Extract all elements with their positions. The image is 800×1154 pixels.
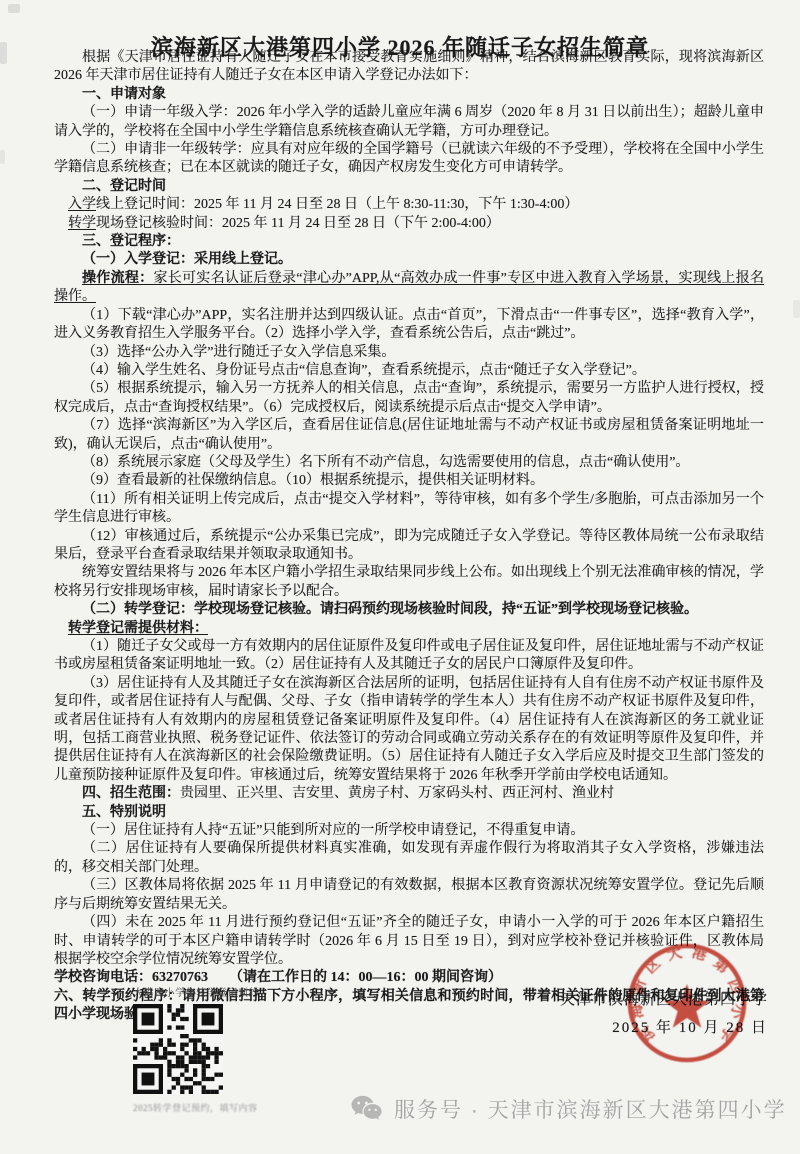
document-paragraph: （一）入学登记：采用线上登记。 (54, 251, 764, 269)
document-paragraph: 转学登记需提供材料： (54, 620, 764, 638)
text-run: （7）选择“滨海新区”为入学区后，查看居住证信息(居住证地址需与不动产权证书或房… (54, 418, 764, 451)
svg-text:小: 小 (727, 1003, 746, 1021)
svg-text:第: 第 (710, 954, 733, 977)
document-body: 根据《天津市居住证持有人随迁子女在本市接受教育实施细则》精神，结合滨海新区教育实… (54, 49, 764, 1025)
text-run: （一）申请一年级入学：2026 年小学入学的适龄儿童应年满 6 周岁（2020 … (54, 105, 764, 138)
text-run: （12）审核通过后，系统提示“公办采集已完成”，即为完成随迁子女入学登记。等待区… (54, 529, 764, 562)
document-paragraph: 入学线上登记时间：2025 年 11 月 24 日至 28 日（上午 8:30-… (54, 196, 764, 214)
text-run: （二）转学登记：学校现场登记核验。请扫码预约现场核验时间段，持“五证”到学校现场… (82, 602, 698, 617)
text-run: 二、登记时间 (82, 179, 166, 194)
text-run: （1）下载“津心办”APP，实名注册并达到四级认证。点击“首页”，下滑点击“一件… (54, 308, 764, 341)
document-paragraph: （二）申请非一年级转学：应具有对应年级的全国学籍号（已就读六年级的不予受理），学… (54, 141, 764, 178)
text-run: （一）入学登记：采用线上登记。 (82, 252, 292, 267)
wechat-footer: 服务号 · 天津市滨海新区大港第四小学 (350, 1094, 787, 1124)
document-paragraph: （8）系统展示家庭（父母及学生）名下所有不动产信息，勾选需要使用的信息，点击“确… (54, 454, 764, 472)
text-run: 操作流程： (82, 271, 153, 286)
svg-text:区: 区 (642, 954, 665, 977)
footer-account-text: 服务号 · 天津市滨海新区大港第四小学 (394, 1094, 787, 1124)
document-paragraph: 二、登记时间 (54, 178, 764, 196)
text-run: （三）区教体局将依据 2025 年 11 月申请登记的有效数据，根据本区教育资源… (54, 878, 764, 911)
document-paragraph: （12）审核通过后，系统提示“公办采集已完成”，即为完成随迁子女入学登记。等待区… (54, 528, 764, 565)
document-paragraph: （3）居住证持有人及其随迁子女在滨海新区合法居所的证明，包括居住证持有人自有住房… (54, 675, 764, 785)
document-paragraph: （11）所有相关证明上传完成后，点击“提交入学材料”，等待审核，如有多个学生/多… (54, 491, 764, 528)
document-paragraph: （三）区教体局将依据 2025 年 11 月申请登记的有效数据，根据本区教育资源… (54, 877, 764, 914)
document-paragraph: 统筹安置结果将与 2026 年本区户籍小学招生录取结果同步线上公布。如出现线上个… (54, 564, 764, 601)
text-run: 统筹安置结果将与 2026 年本区户籍小学招生录取结果同步线上公布。如出现线上个… (54, 565, 764, 598)
text-run: 五、特别说明 (82, 805, 166, 820)
qr-label: 大港四小学生转学登记预约 (133, 984, 293, 999)
text-run: 四、招生范围： (82, 786, 180, 801)
text-run: （5）根据系统提示，输入另一方抚养人的相关信息，点击“查询”，系统提示，需要另一… (54, 381, 764, 414)
document-paragraph: （二）转学登记：学校现场登记核验。请扫码预约现场核验时间段，持“五证”到学校现场… (54, 601, 764, 619)
document-paragraph: （5）根据系统提示，输入另一方抚养人的相关信息，点击“查询”，系统提示，需要另一… (54, 380, 764, 417)
document-paragraph: （9）查看最新的社保缴纳信息。（10）根据系统提示，提供相关证明材料。 (54, 472, 764, 490)
text-run: 根据《天津市居住证持有人随迁子女在本市接受教育实施细则》精神，结合滨海新区教育实… (54, 50, 764, 83)
document-paragraph: 转学现场登记核验时间：2025 年 11 月 24 日至 28 日（下午 2:0… (54, 215, 764, 233)
svg-text:滨: 滨 (635, 1023, 659, 1047)
qr-code (133, 1004, 223, 1094)
text-run: （8）系统展示家庭（父母及学生）名下所有不动产信息，勾选需要使用的信息，点击“确… (82, 455, 689, 470)
document-paragraph: （3）选择“公办入学”进行随迁子女入学信息采集。 (54, 344, 764, 362)
text-run: （1）随迁子女父或母一方有效期内的居住证原件及复印件或电子居住证及复印件，居住证… (54, 639, 764, 672)
document-paragraph: （4）输入学生姓名、身份证号点击“信息查询”，查看系统提示，点击“随迁子女入学登… (54, 362, 764, 380)
document-paragraph: （1）随迁子女父或母一方有效期内的居住证原件及复印件或电子居住证及复印件，居住证… (54, 638, 764, 675)
text-run: 转学登记需提供材料： (68, 621, 208, 636)
text-run: （一）居住证持有人持“五证”只能到所对应的一所学校申请登记，不得重复申请。 (82, 823, 584, 838)
document-paragraph: 三、登记程序： (54, 233, 764, 251)
text-run: （4）输入学生姓名、身份证号点击“信息查询”，查看系统提示，点击“随迁子女入学登… (82, 363, 646, 378)
text-run: 一、申请对象 (82, 87, 166, 102)
qr-caption: 2025转学登记预约，填写内容 (133, 1101, 293, 1114)
document-paragraph: 操作流程：家长可实名认证后登录“津心办”APP,从“高效办成一件事”专区中进入教… (54, 270, 764, 307)
text-run: （二）居住证持有人要确保所提供材料真实准确，如发现有弄虚作假行为将取消其子女入学… (54, 841, 764, 874)
svg-text:学: 学 (715, 1023, 738, 1046)
text-run: 贵园里、正兴里、吉安里、黄房子村、万家码头村、西正河村、渔业村 (180, 786, 614, 801)
document-paragraph: 根据《天津市居住证持有人随迁子女在本市接受教育实施细则》精神，结合滨海新区教育实… (54, 49, 764, 86)
text-run: 转学 (68, 216, 96, 231)
scan-artifact (793, 300, 800, 318)
text-run: 家长可实名认证后登录“津心办”APP,从“高效办成一件事”专区中进入教育入学场景… (54, 271, 764, 304)
document-paragraph: 五、特别说明 (54, 804, 764, 822)
text-run: （二）申请非一年级转学：应具有对应年级的全国学籍号（已就读六年级的不予受理），学… (54, 142, 764, 175)
text-run: （11）所有相关证明上传完成后，点击“提交入学材料”，等待审核，如有多个学生/多… (54, 492, 764, 525)
document-paragraph: （7）选择“滨海新区”为入学区后，查看居住证信息(居住证地址需与不动产权证书或房… (54, 417, 764, 454)
document-paragraph: （1）下载“津心办”APP，实名注册并达到四级认证。点击“首页”，下滑点击“一件… (54, 307, 764, 344)
school-stamp: 滨海新区大港第四小学 (622, 938, 752, 1068)
text-run: 入学 (68, 197, 96, 212)
scan-artifact (0, 150, 5, 164)
text-run: 三、登记程序： (82, 234, 180, 249)
text-run: （3）居住证持有人及其随迁子女在滨海新区合法居所的证明，包括居住证持有人自有住房… (54, 676, 764, 783)
document-paragraph: （一）申请一年级入学：2026 年小学入学的适龄儿童应年满 6 周岁（2020 … (54, 104, 764, 141)
document-paragraph: （一）居住证持有人持“五证”只能到所对应的一所学校申请登记，不得重复申请。 (54, 822, 764, 840)
svg-text:港: 港 (690, 944, 709, 964)
document-page: 滨海新区大港第四小学 2026 年随迁子女招生简章 根据《天津市居住证持有人随迁… (0, 0, 800, 1154)
scan-artifact (8, 4, 20, 13)
wechat-icon (350, 1094, 384, 1124)
qr-block: 大港四小学生转学登记预约 2025转学登记预约，填写内容 (133, 984, 293, 1114)
document-paragraph: （二）居住证持有人要确保所提供材料真实准确，如发现有弄虚作假行为将取消其子女入学… (54, 840, 764, 877)
text-run: 线上登记时间：2025 年 11 月 24 日至 28 日（上午 8:30-11… (96, 197, 578, 212)
text-run: （9）查看最新的社保缴纳信息。（10）根据系统提示，提供相关证明材料。 (82, 473, 544, 488)
document-paragraph: 四、招生范围：贵园里、正兴里、吉安里、黄房子村、万家码头村、西正河村、渔业村 (54, 785, 764, 803)
text-run: 现场登记核验时间：2025 年 11 月 24 日至 28 日（下午 2:00-… (96, 216, 500, 231)
text-run: （3）选择“公办入学”进行随迁子女入学信息采集。 (82, 345, 395, 360)
document-paragraph: 一、申请对象 (54, 86, 764, 104)
